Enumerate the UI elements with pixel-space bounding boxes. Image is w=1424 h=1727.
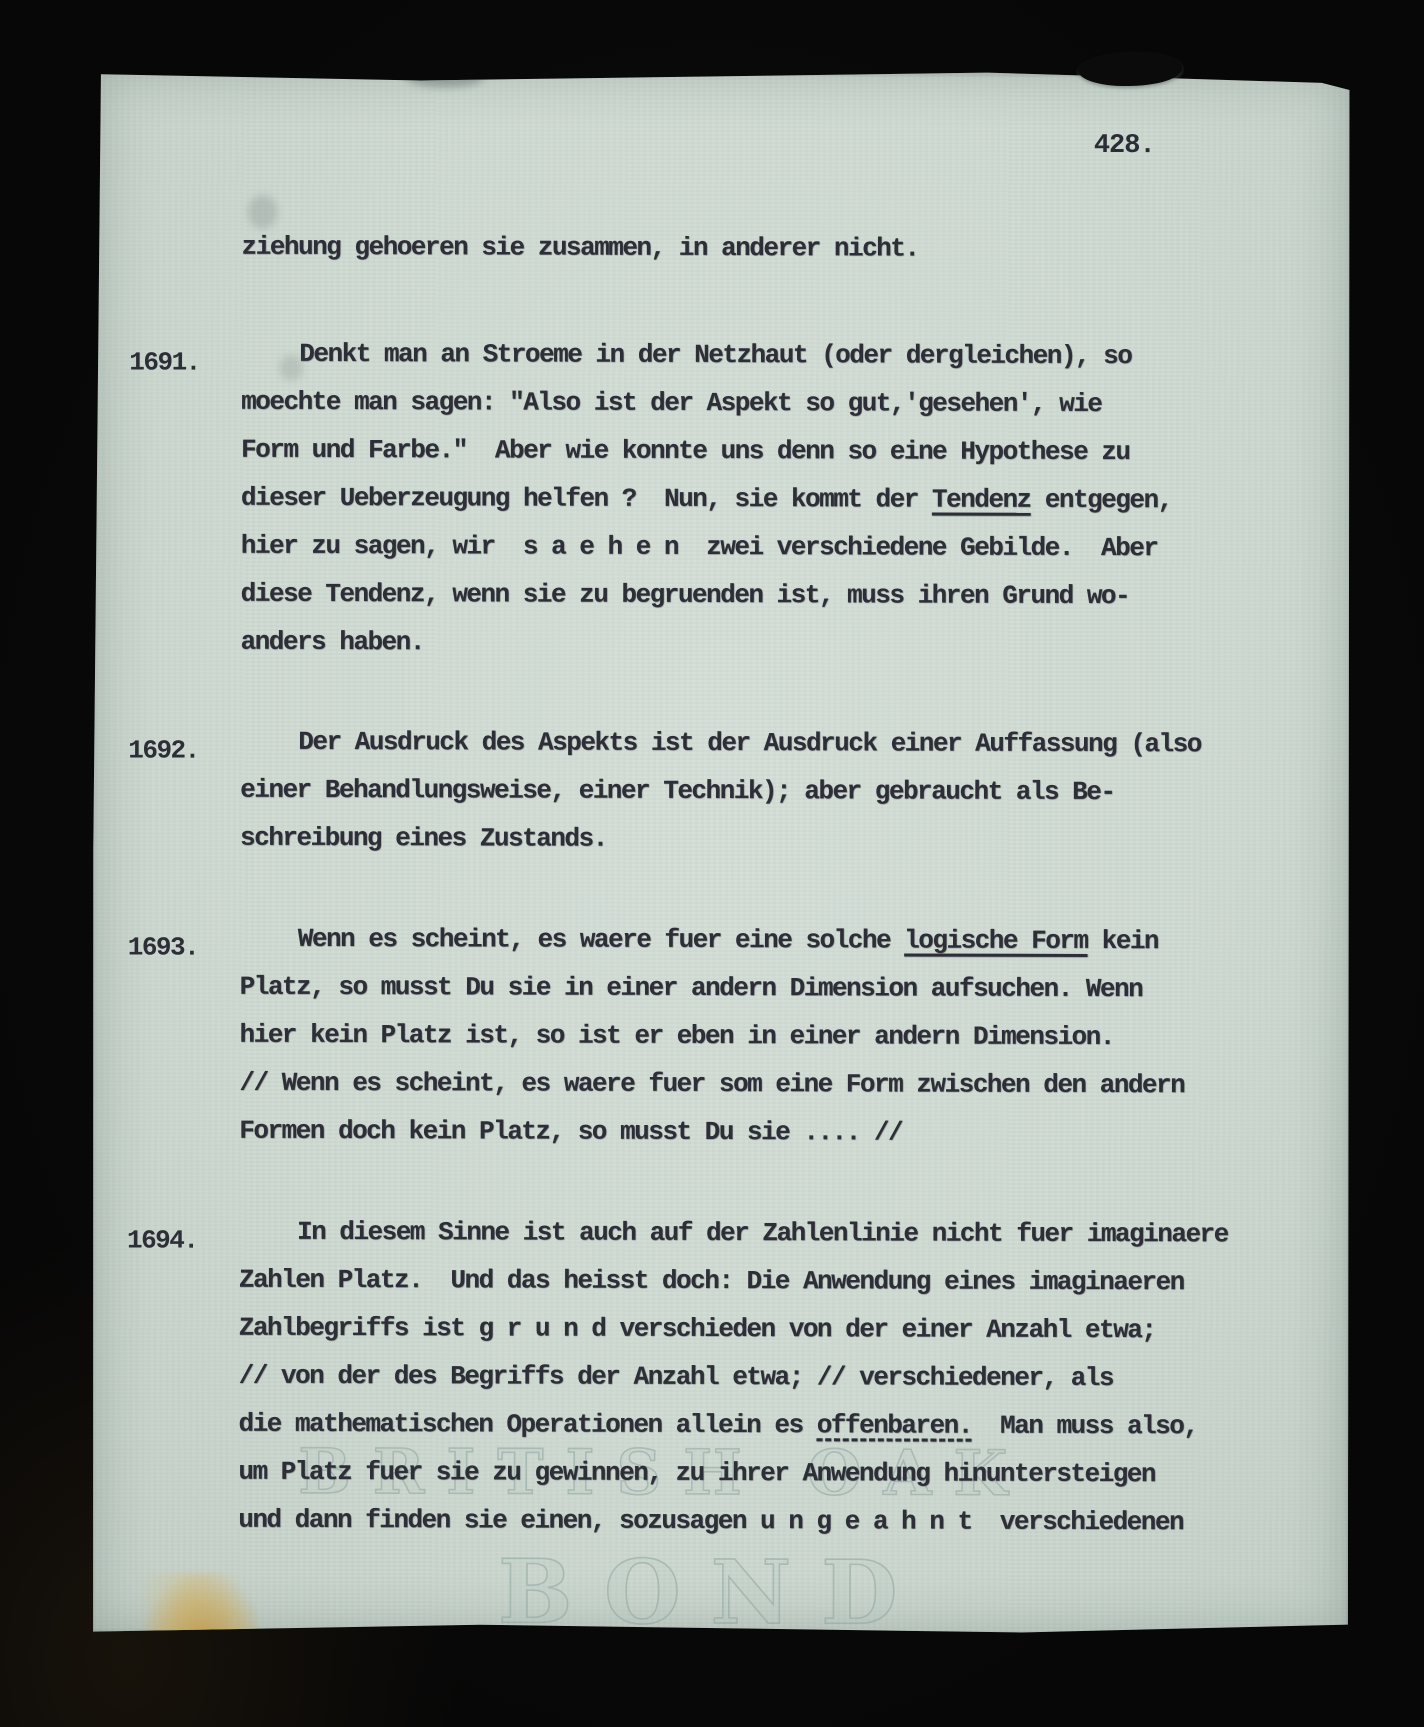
text-segment: Platz, so musst Du sie in einer andern D… xyxy=(240,972,1143,1004)
continuation-paragraph: ziehung gehoeren sie zusammen, in andere… xyxy=(93,231,1351,282)
text-line: Form und Farbe." Aber wie konnte uns den… xyxy=(241,435,1351,486)
text-segment: anders haben. xyxy=(241,627,424,657)
text-line: schreibung eines Zustands. xyxy=(240,823,1350,874)
text-segment: Der Ausdruck des Aspekts ist der Ausdruc… xyxy=(298,727,1201,759)
text-segment: kein xyxy=(1087,926,1158,956)
typewritten-text: ziehung gehoeren sie zusammen, in andere… xyxy=(90,66,1352,1635)
photo-background: BRITISH OAK BOND 428. ziehung gehoeren s… xyxy=(0,0,1424,1727)
text-line: Formen doch kein Platz, so musst Du sie … xyxy=(239,1116,1349,1167)
paragraph-1691: 1691.Denkt man an Stroeme in der Netzhau… xyxy=(92,338,1351,677)
paragraph-1693: 1693.Wenn es scheint, es waere fuer eine… xyxy=(91,923,1350,1166)
text-line: und dann finden sie einen, sozusagen u n… xyxy=(238,1505,1348,1556)
text-line: Wenn es scheint, es waere fuer eine solc… xyxy=(240,924,1350,975)
smudge-mark xyxy=(279,355,303,381)
text-line: Platz, so musst Du sie in einer andern D… xyxy=(240,972,1350,1023)
text-line: Der Ausdruck des Aspekts ist der Ausdruc… xyxy=(240,727,1350,778)
text-segment: um Platz fuer sie zu gewinnen, zu ihrer … xyxy=(238,1457,1155,1489)
paragraph-number: 1692. xyxy=(128,726,199,774)
text-segment: moechte man sagen: "Also ist der Aspekt … xyxy=(241,387,1101,419)
text-line: ziehung gehoeren sie zusammen, in andere… xyxy=(241,232,1351,283)
text-segment: entgegen, xyxy=(1031,485,1172,515)
text-segment: In diesem Sinne ist auch auf der Zahlenl… xyxy=(297,1217,1228,1249)
smudge-mark xyxy=(406,67,484,87)
text-line: die mathematischen Operationen allein es… xyxy=(238,1409,1348,1460)
text-line: Denkt man an Stroeme in der Netzhaut (od… xyxy=(241,339,1351,390)
paragraph-1694: 1694.In diesem Sinne ist auch auf der Za… xyxy=(90,1216,1349,1555)
smudge-mark xyxy=(248,195,278,229)
paper-stain xyxy=(138,1571,258,1706)
text-line: Zahlbegriffs ist g r u n d verschieden v… xyxy=(239,1313,1349,1364)
text-segment: diese Tendenz, wenn sie zu begruenden is… xyxy=(241,579,1130,611)
text-line: // Wenn es scheint, es waere fuer som ei… xyxy=(239,1068,1349,1119)
text-segment: // von der des Begriffs der Anzahl etwa;… xyxy=(239,1361,1113,1393)
underlined-text: Tendenz xyxy=(932,485,1031,515)
text-line: um Platz fuer sie zu gewinnen, zu ihrer … xyxy=(238,1457,1348,1508)
document-page: BRITISH OAK BOND 428. ziehung gehoeren s… xyxy=(90,66,1352,1635)
text-line: dieser Ueberzeugung helfen ? Nun, sie ko… xyxy=(241,483,1351,534)
text-line: // von der des Begriffs der Anzahl etwa;… xyxy=(239,1361,1349,1412)
text-segment: schreibung eines Zustands. xyxy=(240,823,607,854)
text-line: moechte man sagen: "Also ist der Aspekt … xyxy=(241,387,1351,438)
paragraph-number: 1694. xyxy=(127,1216,198,1264)
text-segment: und dann finden sie einen, sozusagen u n… xyxy=(238,1505,1183,1537)
text-segment: dieser Ueberzeugung helfen ? Nun, sie ko… xyxy=(241,483,932,515)
paragraph-1692: 1692.Der Ausdruck des Aspekts ist der Au… xyxy=(92,726,1350,873)
text-segment: ziehung gehoeren sie zusammen, in andere… xyxy=(242,232,919,264)
paragraph-number: 1693. xyxy=(128,923,199,971)
text-segment: Denkt man an Stroeme in der Netzhaut (od… xyxy=(299,339,1131,371)
text-segment: Formen doch kein Platz, so musst Du sie … xyxy=(239,1116,902,1148)
text-line: diese Tendenz, wenn sie zu begruenden is… xyxy=(241,579,1351,630)
underlined-text: offenbaren. xyxy=(817,1410,972,1440)
text-line: In diesem Sinne ist auch auf der Zahlenl… xyxy=(239,1217,1349,1268)
underlined-text: logische Form xyxy=(904,925,1087,955)
text-segment: hier kein Platz ist, so ist er eben in e… xyxy=(239,1020,1113,1052)
text-segment: die mathematischen Operationen allein es xyxy=(238,1409,816,1441)
text-line: Zahlen Platz. Und das heisst doch: Die A… xyxy=(239,1265,1349,1316)
text-line: hier zu sagen, wir s a e h e n zwei vers… xyxy=(241,531,1351,582)
text-segment: hier zu sagen, wir s a e h e n zwei vers… xyxy=(241,531,1158,563)
text-line: anders haben. xyxy=(240,627,1350,678)
text-segment: einer Behandlungsweise, einer Technik); … xyxy=(240,775,1114,807)
text-segment: Zahlen Platz. Und das heisst doch: Die A… xyxy=(239,1265,1184,1297)
paragraph-number: 1691. xyxy=(129,338,200,386)
text-segment: Wenn es scheint, es waere fuer eine solc… xyxy=(298,924,904,956)
text-segment: Man muss also, xyxy=(972,1411,1198,1442)
text-line: einer Behandlungsweise, einer Technik); … xyxy=(240,775,1350,826)
text-segment: // Wenn es scheint, es waere fuer som ei… xyxy=(239,1068,1184,1100)
text-segment: Zahlbegriffs ist g r u n d verschieden v… xyxy=(239,1313,1156,1345)
text-segment: Form und Farbe." Aber wie konnte uns den… xyxy=(241,435,1130,467)
text-line: hier kein Platz ist, so ist er eben in e… xyxy=(239,1020,1349,1071)
